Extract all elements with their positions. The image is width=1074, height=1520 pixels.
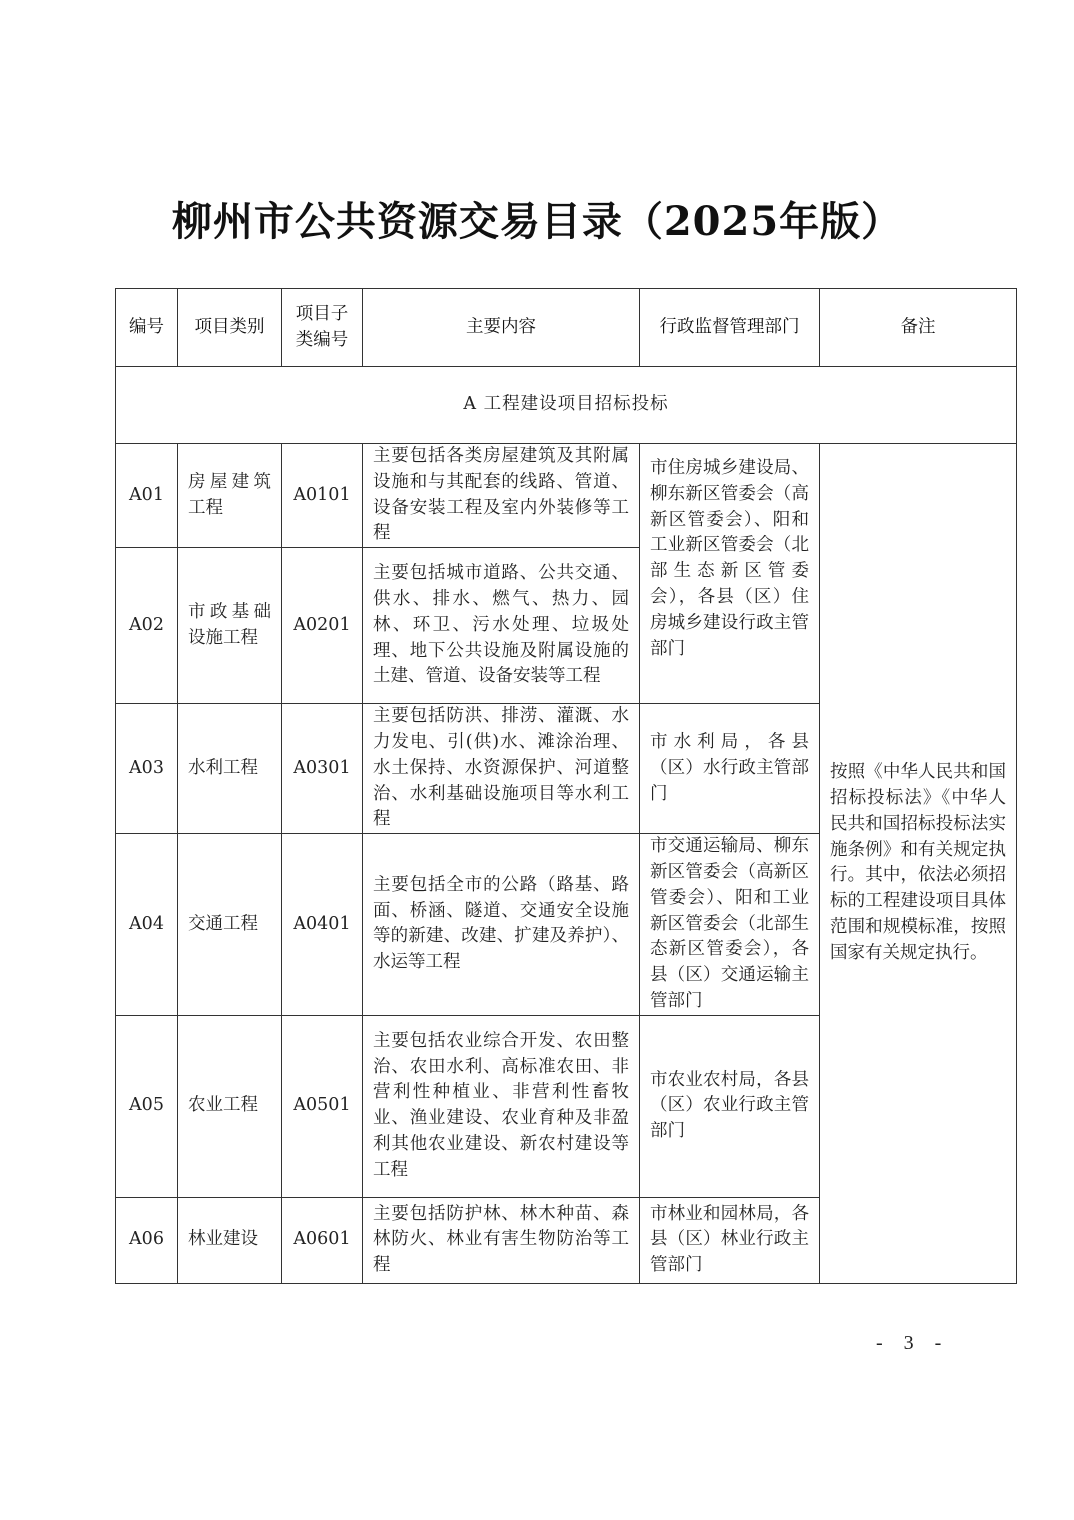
- row-category: 林业建设: [178, 1197, 282, 1283]
- document-title: 柳州市公共资源交易目录（2025年版）: [0, 190, 1074, 247]
- row-content: 主要包括农业综合开发、农田整治、农田水利、高标准农田、非营利性种植业、非营利性畜…: [363, 1015, 640, 1197]
- section-row: A 工程建设项目招标投标: [116, 367, 1017, 444]
- row-sub-code: A0101: [282, 444, 363, 548]
- row-category: 房屋建筑工程: [178, 444, 282, 548]
- row-content: 主要包括全市的公路（路基、路面、桥涵、隧道、交通安全设施等的新建、改建、扩建及养…: [363, 834, 640, 1016]
- row-code: A06: [116, 1197, 178, 1283]
- row-authority-merged: 市住房城乡建设局、柳东新区管委会（高新区管委会）、阳和工业新区管委会（北部生态新…: [640, 444, 820, 704]
- row-authority: 市农业农村局，各县（区）农业行政主管部门: [640, 1015, 820, 1197]
- header-remarks: 备注: [820, 289, 1017, 367]
- section-title-a: A 工程建设项目招标投标: [116, 367, 1017, 444]
- row-code: A01: [116, 444, 178, 548]
- row-authority: 市林业和园林局，各县（区）林业行政主管部门: [640, 1197, 820, 1283]
- table-row: A01 房屋建筑工程 A0101 主要包括各类房屋建筑及其附属设施和与其配套的线…: [116, 444, 1017, 548]
- row-code: A04: [116, 834, 178, 1016]
- row-sub-code: A0401: [282, 834, 363, 1016]
- row-content: 主要包括防洪、排涝、灌溉、水力发电、引(供)水、滩涂治理、水土保持、水资源保护、…: [363, 704, 640, 834]
- row-sub-code: A0501: [282, 1015, 363, 1197]
- row-sub-code: A0301: [282, 704, 363, 834]
- header-sub-code: 项目子类编号: [282, 289, 363, 367]
- row-content: 主要包括防护林、林木种苗、森林防火、林业有害生物防治等工程: [363, 1197, 640, 1283]
- remarks-merged: 按照《中华人民共和国招标投标法》《中华人民共和国招标投标法实施条例》和有关规定执…: [820, 444, 1017, 1284]
- row-category: 农业工程: [178, 1015, 282, 1197]
- row-code: A03: [116, 704, 178, 834]
- row-content: 主要包括各类房屋建筑及其附属设施和与其配套的线路、管道、设备安装工程及室内外装修…: [363, 444, 640, 548]
- header-row: 编号 项目类别 项目子类编号 主要内容 行政监督管理部门 备注: [116, 289, 1017, 367]
- row-authority: 市交通运输局、柳东新区管委会（高新区管委会）、阳和工业新区管委会（北部生态新区管…: [640, 834, 820, 1016]
- row-category: 市政基础设施工程: [178, 548, 282, 704]
- row-content: 主要包括城市道路、公共交通、供水、排水、燃气、热力、园林、环卫、污水处理、垃圾处…: [363, 548, 640, 704]
- row-sub-code: A0201: [282, 548, 363, 704]
- row-category: 水利工程: [178, 704, 282, 834]
- header-authority: 行政监督管理部门: [640, 289, 820, 367]
- header-category: 项目类别: [178, 289, 282, 367]
- page-number: - 3 -: [876, 1332, 949, 1355]
- catalog-table: 编号 项目类别 项目子类编号 主要内容 行政监督管理部门 备注 A 工程建设项目…: [115, 288, 1017, 1284]
- row-sub-code: A0601: [282, 1197, 363, 1283]
- row-authority: 市水利局，各县（区）水行政主管部门: [640, 704, 820, 834]
- row-code: A02: [116, 548, 178, 704]
- row-category: 交通工程: [178, 834, 282, 1016]
- row-code: A05: [116, 1015, 178, 1197]
- header-content: 主要内容: [363, 289, 640, 367]
- header-code: 编号: [116, 289, 178, 367]
